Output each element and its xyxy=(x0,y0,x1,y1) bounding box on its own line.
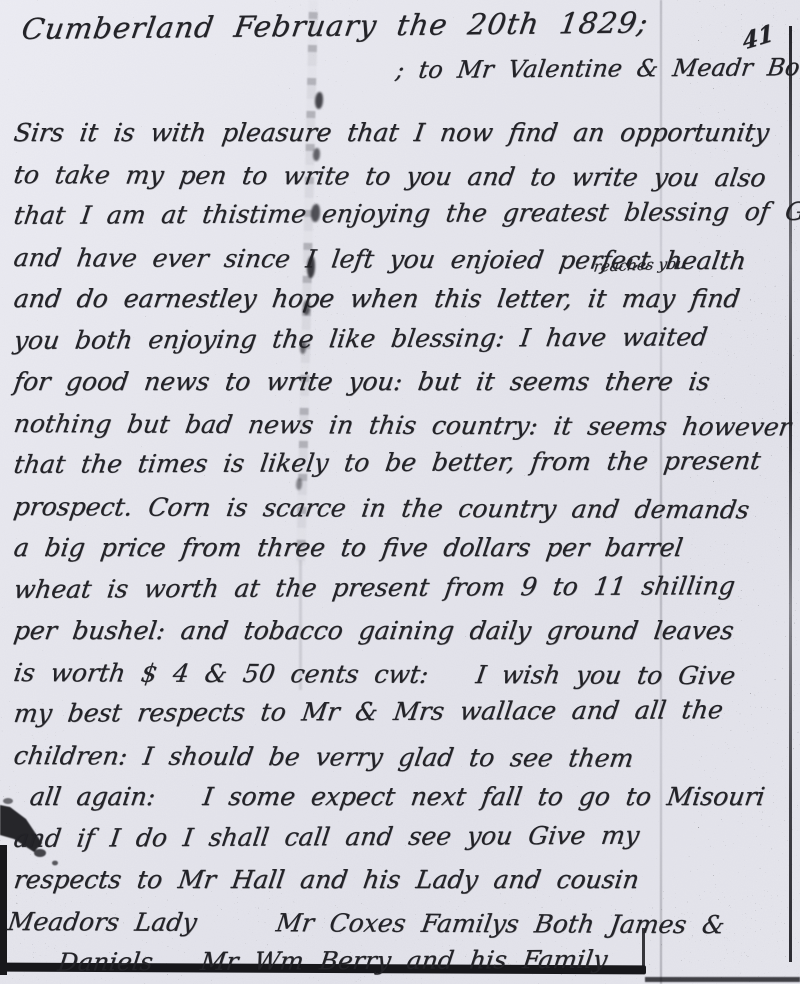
letter-line: and if I do I shall call and see you Giv… xyxy=(0,813,800,859)
letter-line: respects to Mr Hall and his Lady and cou… xyxy=(0,859,800,901)
letter-addressee: ; to Mr Valentine & Meadr Boulrig xyxy=(394,53,800,84)
letter-line: Sirs it is with pleasure that I now find… xyxy=(0,112,800,154)
letter-page: Cumberland February the 20th 1829; 41 ; … xyxy=(0,0,800,984)
crease-smudge xyxy=(315,92,323,109)
corner-mark: 41 xyxy=(741,19,774,56)
letter-line: children: I should be verry glad to see … xyxy=(0,735,800,780)
letter-line: Daniels Mr Wm Berry and his Family xyxy=(0,938,800,984)
letter-body: Sirs it is with pleasure that I now find… xyxy=(0,112,800,984)
letter-line: for good news to write you: but it seems… xyxy=(0,361,800,403)
letter-line: per bushel: and tobacco gaining daily gr… xyxy=(0,610,800,652)
letter-line: you both enjoying the like blessing: I h… xyxy=(0,315,800,361)
letter-line: a big price from three to five dollars p… xyxy=(0,527,800,569)
letter-line: all again: I some expect next fall to go… xyxy=(0,776,800,818)
letter-line: that I am at thistime enjoying the great… xyxy=(0,191,800,237)
letter-dateline: Cumberland February the 20th 1829; xyxy=(19,5,650,46)
letter-line: and do earnestley hope when this letter,… xyxy=(0,278,800,320)
letter-line: prospect. Corn is scarce in the country … xyxy=(0,486,800,531)
letter-line: that the times is likely to be better, f… xyxy=(0,440,800,486)
letter-line: my best respects to Mr & Mrs wallace and… xyxy=(0,689,800,735)
letter-line: wheat is worth at the present from 9 to … xyxy=(0,564,800,610)
interline-insertion: reaches you xyxy=(592,254,687,275)
